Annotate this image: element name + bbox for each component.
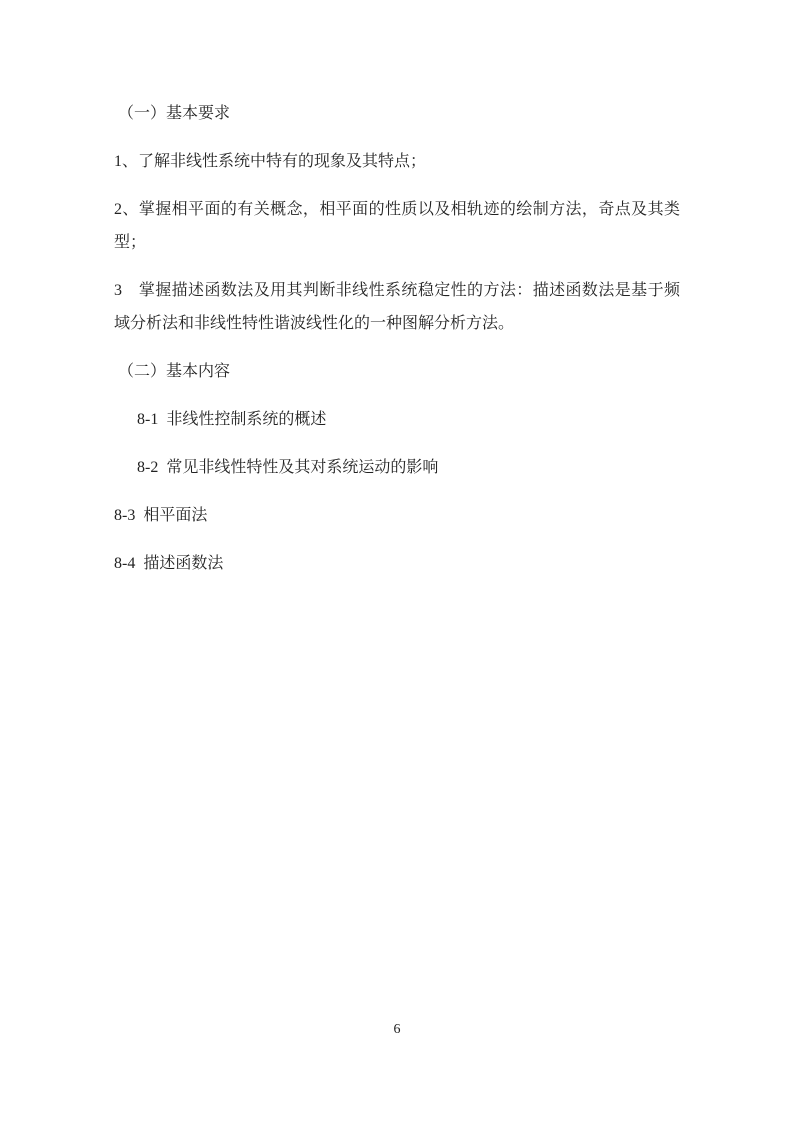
requirement-item-3: 3 掌握描述函数法及用其判断非线性系统稳定性的方法：描述函数法是基于频域分析法和… [114,274,680,340]
section-heading-basic-requirements: （一）基本要求 [114,97,680,130]
document-page: （一）基本要求 1、了解非线性系统中特有的现象及其特点； 2、掌握相平面的有关概… [0,0,794,1123]
content-item-8-4: 8-4 描述函数法 [114,547,680,580]
content-item-8-2: 8-2 常见非线性特性及其对系统运动的影响 [114,451,680,484]
content-item-8-3: 8-3 相平面法 [114,499,680,532]
section-heading-basic-content: （二）基本内容 [114,355,680,388]
requirement-item-2: 2、掌握相平面的有关概念，相平面的性质以及相轨迹的绘制方法，奇点及其类型； [114,193,680,259]
requirement-item-1: 1、了解非线性系统中特有的现象及其特点； [114,145,680,178]
page-number: 6 [0,1020,794,1040]
document-body: （一）基本要求 1、了解非线性系统中特有的现象及其特点； 2、掌握相平面的有关概… [114,97,680,595]
content-item-8-1: 8-1 非线性控制系统的概述 [114,403,680,436]
